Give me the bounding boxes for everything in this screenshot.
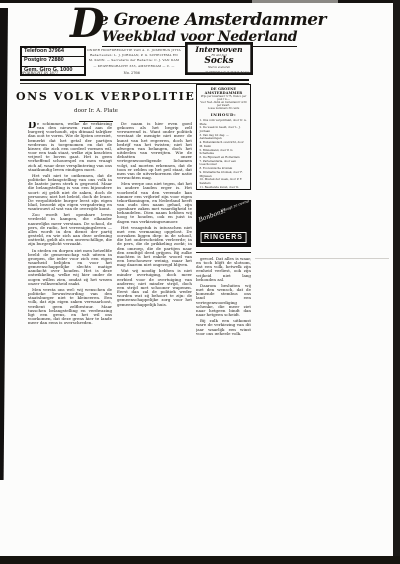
body-paragraphs: Het valt niet te ontkennen, dat de polit… [28, 174, 112, 325]
editorial-credits: ONDER HOOFDREDACTIE VAN A. C. JOSEPHUS J… [86, 48, 182, 69]
body-paragraph: De naam is hier even goed gekozen als he… [117, 122, 192, 180]
scan-border-bottom [0, 556, 400, 564]
socks-ad-tagline-bottom: Niet te evenaren [187, 66, 251, 69]
editorial-line: M. KANN. — Secretaris der Redactie: C. J… [86, 58, 182, 63]
body-paragraph: Men werpe ons niet tegen, dat het in and… [117, 182, 192, 224]
scan-border-right [393, 0, 400, 564]
editorial-line: — KEIZERSGRACHT 333, AMSTERDAM — C. — [86, 64, 182, 69]
ringers-advertisement: Bonbons! Vraagt ze overal RINGERS [196, 200, 251, 247]
body-paragraph: Het valt niet te ontkennen, dat de polit… [28, 174, 112, 211]
body-paragraph: Het vraagstuk is intusschen niet met een… [117, 226, 192, 268]
body-paragraph: Zoo wordt het openbare leven verdeeld in… [28, 213, 112, 246]
ringers-script-text-2: Vraagt ze overal [220, 200, 250, 213]
body-column-3: gevoel. Dat alles is waar, en toch blijf… [196, 257, 251, 335]
issue-number: No. 2766 [124, 71, 140, 76]
scan-border-top-gap [252, 0, 338, 3]
article-header: ONS VOLK VERPOLITIEKT door Ir. A. Plate [16, 90, 176, 122]
newspaper-front-page: D e Groene Amsterdammer Weekblad voor Ne… [0, 0, 400, 564]
body-paragraph: gevoel. Dat alles is waar, en toch blijf… [196, 257, 251, 282]
contact-line: Telefoon 37964 [22, 48, 84, 55]
subscription-note: Losse nummers 30 cents [200, 107, 248, 110]
header-rule-thick [20, 79, 249, 81]
ringers-brand: RINGERS [200, 232, 247, 243]
contents-box-header: DE GROENE AMSTERDAMMER [200, 87, 248, 95]
contents-box: DE GROENE AMSTERDAMMER Prijs per kwartaa… [196, 84, 251, 190]
body-paragraph: De schimmen, welke de verkiezing van den… [28, 122, 112, 172]
subscription-notes: Prijs per kwartaal f 3.75, franco per po… [200, 95, 248, 110]
founded-note: OPGERICHT IN 1877 [20, 71, 58, 76]
masthead-title: e Groene Amsterdammer [98, 10, 326, 30]
facing-page-rule [255, 258, 389, 259]
body-paragraph: Men versta ons wel: wij wenschen de poli… [28, 288, 112, 325]
body-paragraph: In steden en dorpen ziet men hetzelfde b… [28, 249, 112, 286]
body-text: e schimmen, welke de verkiezing van den … [28, 122, 112, 172]
socks-ad-product: Socks [187, 57, 251, 66]
body-column-1: De schimmen, welke de verkiezing van den… [28, 122, 112, 334]
ad-divider-rule [196, 252, 251, 253]
issue-date: ZATERDAG 7 JUNI 1930 [205, 71, 249, 76]
body-paragraph: Wat wij noodig hebben is niet minder ove… [117, 269, 192, 306]
contact-line: Postgiro 72880 [22, 56, 84, 64]
dateline: OPGERICHT IN 1877 No. 2766 ZATERDAG 7 JU… [20, 71, 249, 76]
scan-border-left [0, 8, 8, 480]
contents-item: 11. Beeldende kunst, door K. Niehaus [200, 186, 248, 190]
article-byline: door Ir. A. Plate [16, 108, 176, 114]
body-paragraph: Bij zulk een uitkomst ware de verkiezing… [196, 319, 251, 335]
body-column-2: De naam is hier even goed gekozen als he… [117, 122, 192, 335]
scan-border-top [0, 0, 400, 3]
contents-list: 1. Ons volk verpolitiekt, door Ir. A. Pl… [200, 119, 248, 190]
article-title: ONS VOLK VERPOLITIEKT [16, 90, 176, 103]
body-paragraph: Daarom besluiten wij met den wensch, dat… [196, 284, 251, 317]
contents-heading: INHOUD: [200, 112, 248, 117]
socks-ad-brand: Interwoven [187, 46, 251, 54]
